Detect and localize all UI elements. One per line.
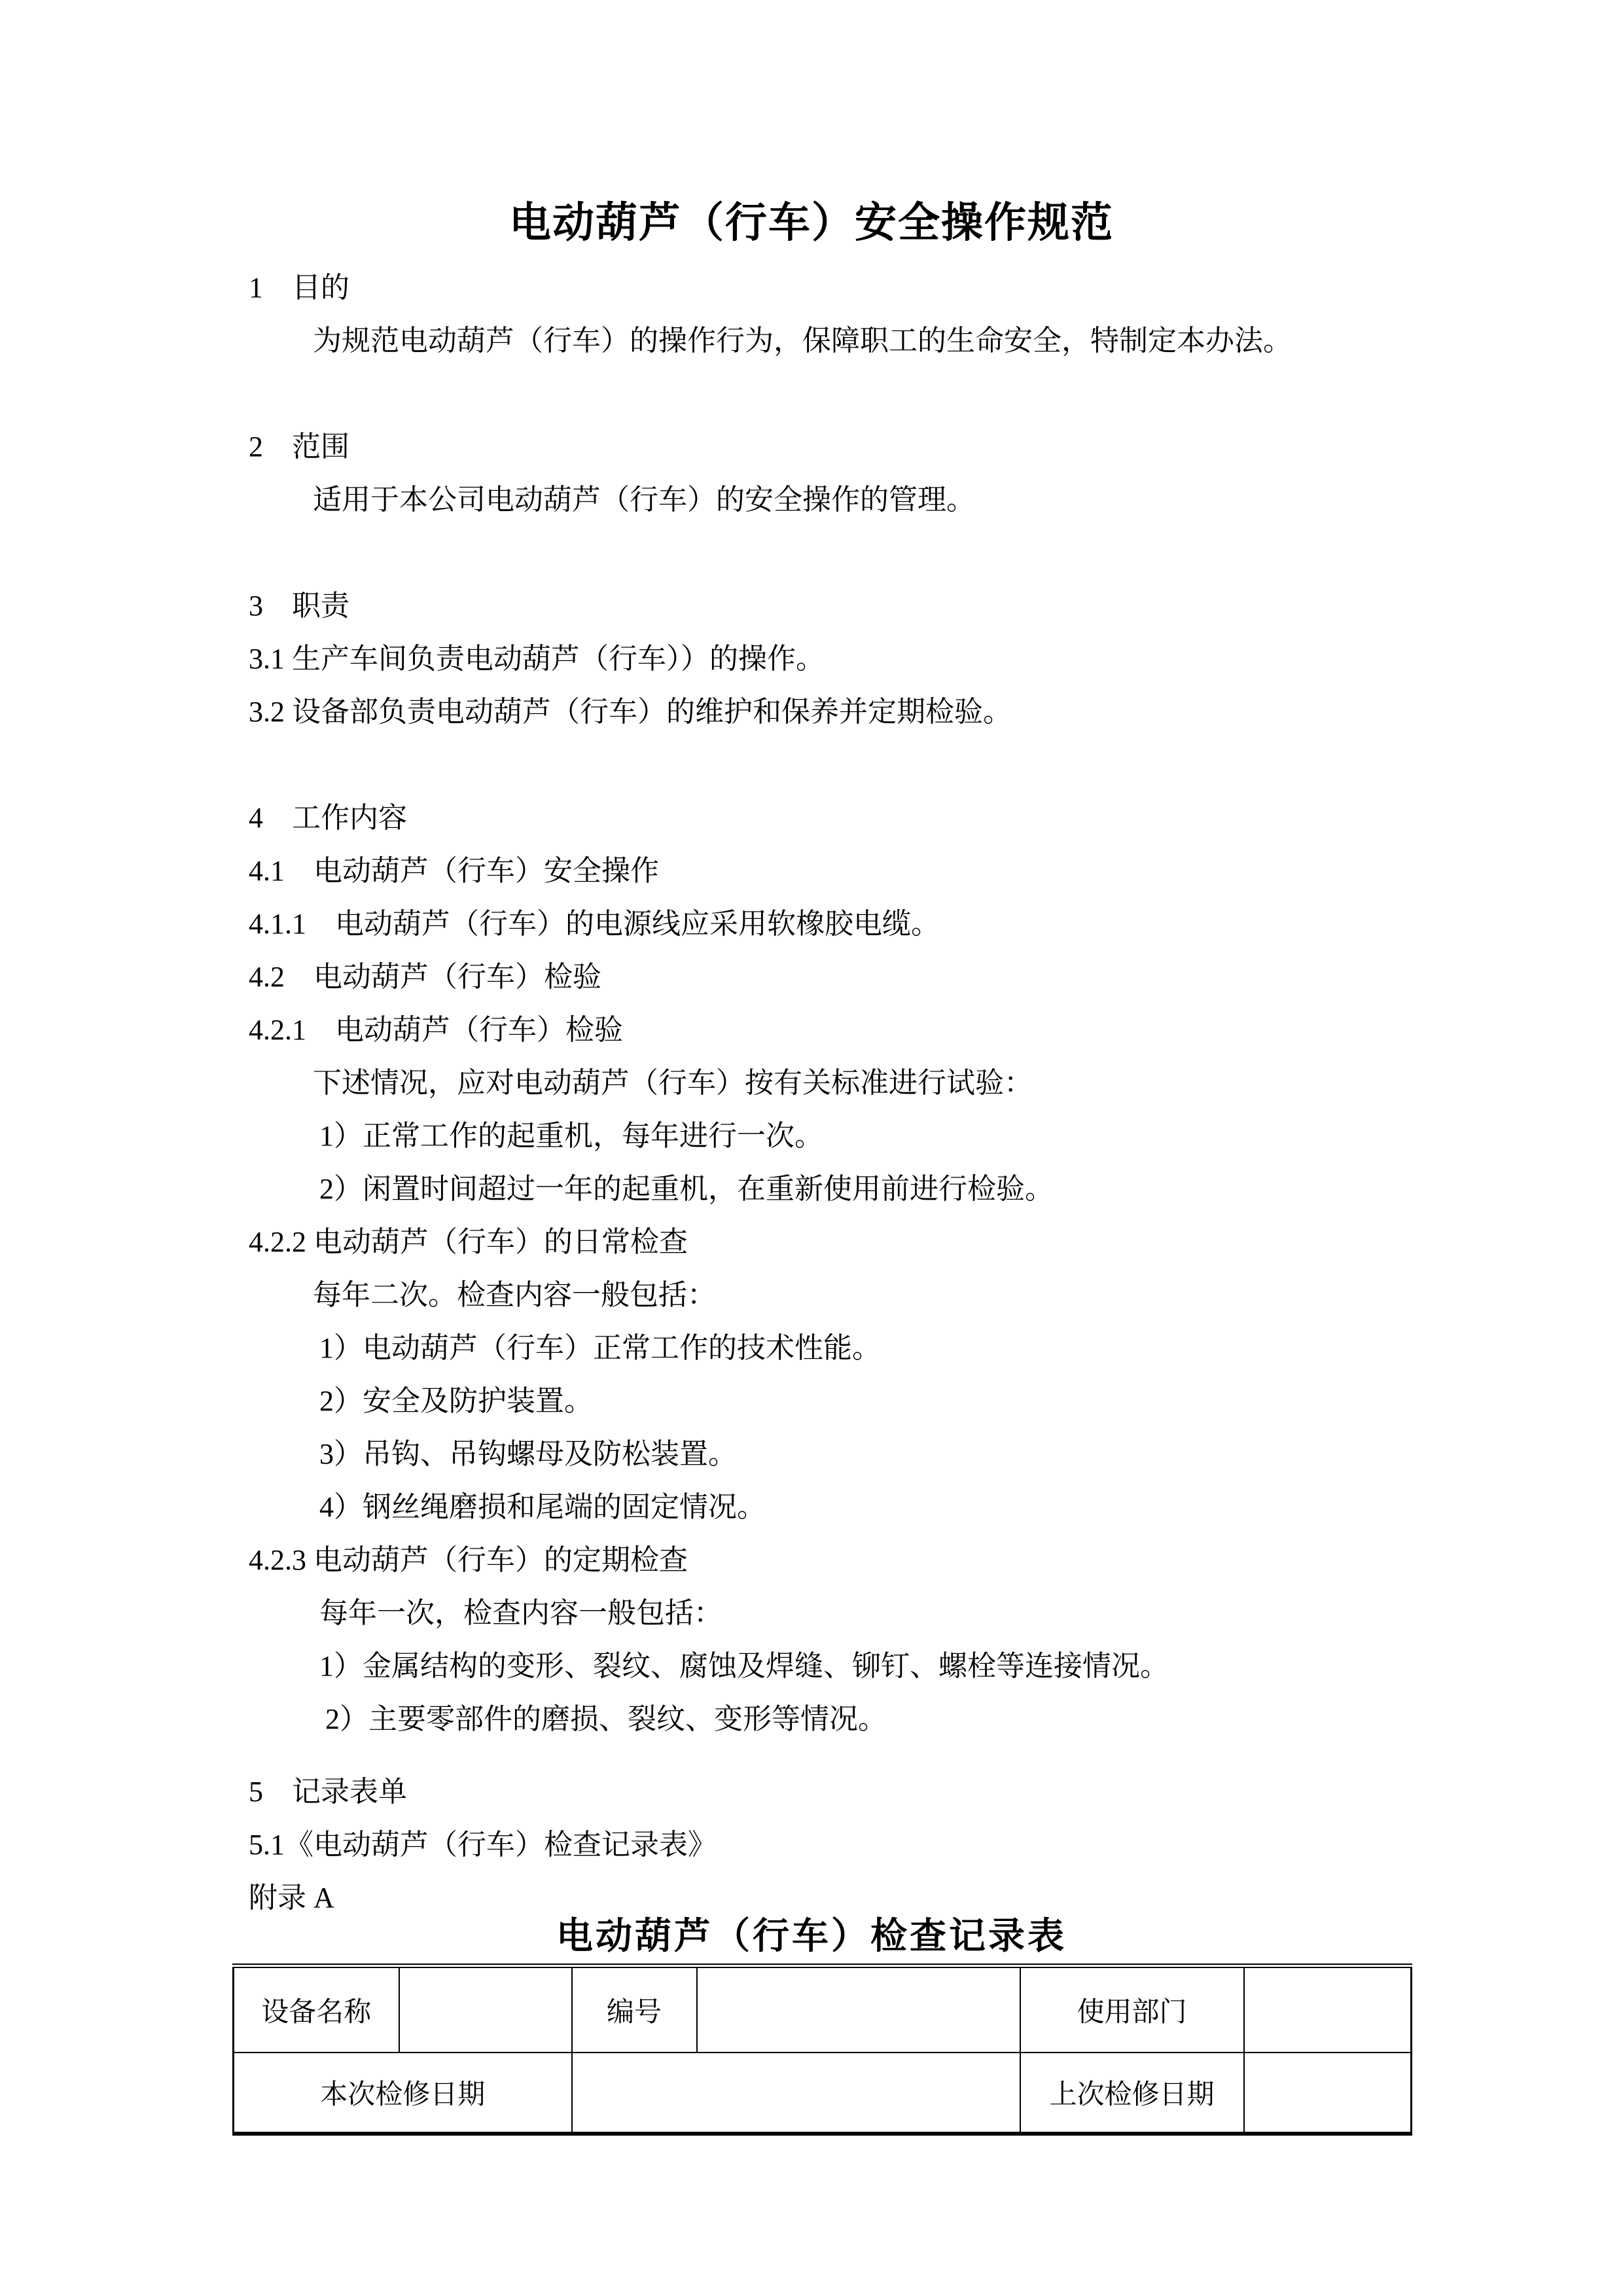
clause-4-2: 4.2 电动葫芦（行车）检验 (249, 960, 601, 994)
clause-4-2-3: 4.2.3 电动葫芦（行车）的定期检查 (249, 1543, 688, 1577)
department-value-cell (1244, 1966, 1412, 2053)
list-item-periodic-2: 2）主要零部件的磨损、裂纹、变形等情况。 (325, 1702, 887, 1736)
clause-3-2: 3.2 设备部负责电动葫芦（行车）的维护和保养并定期检验。 (249, 695, 1012, 729)
heading-purpose: 1 目的 (249, 271, 349, 305)
previous-repair-date-label-cell: 上次检修日期 (1020, 2053, 1244, 2134)
list-item-daily-3: 3）吊钩、吊钩螺母及防松装置。 (319, 1437, 737, 1471)
clause-5-1: 5.1《电动葫芦（行车）检查记录表》 (249, 1828, 717, 1862)
clause-4-2-1: 4.2.1 电动葫芦（行车）检验 (249, 1013, 623, 1047)
previous-repair-date-value-cell (1244, 2053, 1412, 2134)
paragraph-scope: 适用于本公司电动葫芦（行车）的安全操作的管理。 (313, 483, 975, 517)
appendix-table-title: 电动葫芦（行车）检查记录表 (0, 1916, 1623, 1956)
list-item-test-2: 2）闲置时间超过一年的起重机，在重新使用前进行检验。 (319, 1172, 1054, 1206)
heading-work-content: 4 工作内容 (249, 801, 407, 835)
serial-label-cell: 编号 (572, 1966, 697, 2053)
document-page: 电动葫芦（行车）安全操作规范 1 目的 为规范电动葫芦（行车）的操作行为，保障职… (0, 0, 1623, 2296)
serial-value-cell (697, 1966, 1020, 2053)
page-title: 电动葫芦（行车）安全操作规范 (0, 200, 1623, 245)
device-name-value-cell (399, 1966, 572, 2053)
clause-3-1: 3.1 生产车间负责电动葫芦（行车））的操作。 (249, 642, 825, 676)
heading-record-forms: 5 记录表单 (249, 1775, 407, 1809)
clause-4-1: 4.1 电动葫芦（行车）安全操作 (249, 854, 659, 888)
device-name-label-cell: 设备名称 (234, 1966, 399, 2053)
department-label-cell: 使用部门 (1020, 1966, 1244, 2053)
heading-scope: 2 范围 (249, 430, 349, 464)
list-item-periodic-1: 1）金属结构的变形、裂纹、腐蚀及焊缝、铆钉、螺栓等连接情况。 (319, 1649, 1169, 1683)
paragraph-test-conditions: 下述情况，应对电动葫芦（行车）按有关标准进行试验： (313, 1066, 1033, 1100)
list-item-daily-1: 1）电动葫芦（行车）正常工作的技术性能。 (319, 1331, 881, 1365)
list-item-daily-4: 4）钢丝绳磨损和尾端的固定情况。 (319, 1490, 766, 1524)
current-repair-date-value-cell (572, 2053, 1020, 2134)
paragraph-daily-check: 每年二次。检查内容一般包括： (313, 1278, 716, 1312)
current-repair-date-label-cell: 本次检修日期 (234, 2053, 572, 2134)
inspection-record-table: 设备名称 编号 使用部门 本次检修日期 上次检修日期 (232, 1964, 1412, 2136)
table-row-repair-dates: 本次检修日期 上次检修日期 (234, 2053, 1412, 2134)
table-row-header-info: 设备名称 编号 使用部门 (234, 1966, 1412, 2053)
list-item-daily-2: 2）安全及防护装置。 (319, 1384, 593, 1418)
appendix-label: 附录 A (249, 1881, 334, 1915)
clause-4-2-2: 4.2.2 电动葫芦（行车）的日常检查 (249, 1225, 688, 1259)
paragraph-periodic-check: 每年一次，检查内容一般包括： (319, 1596, 722, 1630)
heading-responsibility: 3 职责 (249, 589, 349, 623)
clause-4-1-1: 4.1.1 电动葫芦（行车）的电源线应采用软橡胶电缆。 (249, 907, 940, 941)
list-item-test-1: 1）正常工作的起重机，每年进行一次。 (319, 1119, 823, 1153)
paragraph-purpose: 为规范电动葫芦（行车）的操作行为，保障职工的生命安全，特制定本办法。 (313, 324, 1292, 358)
